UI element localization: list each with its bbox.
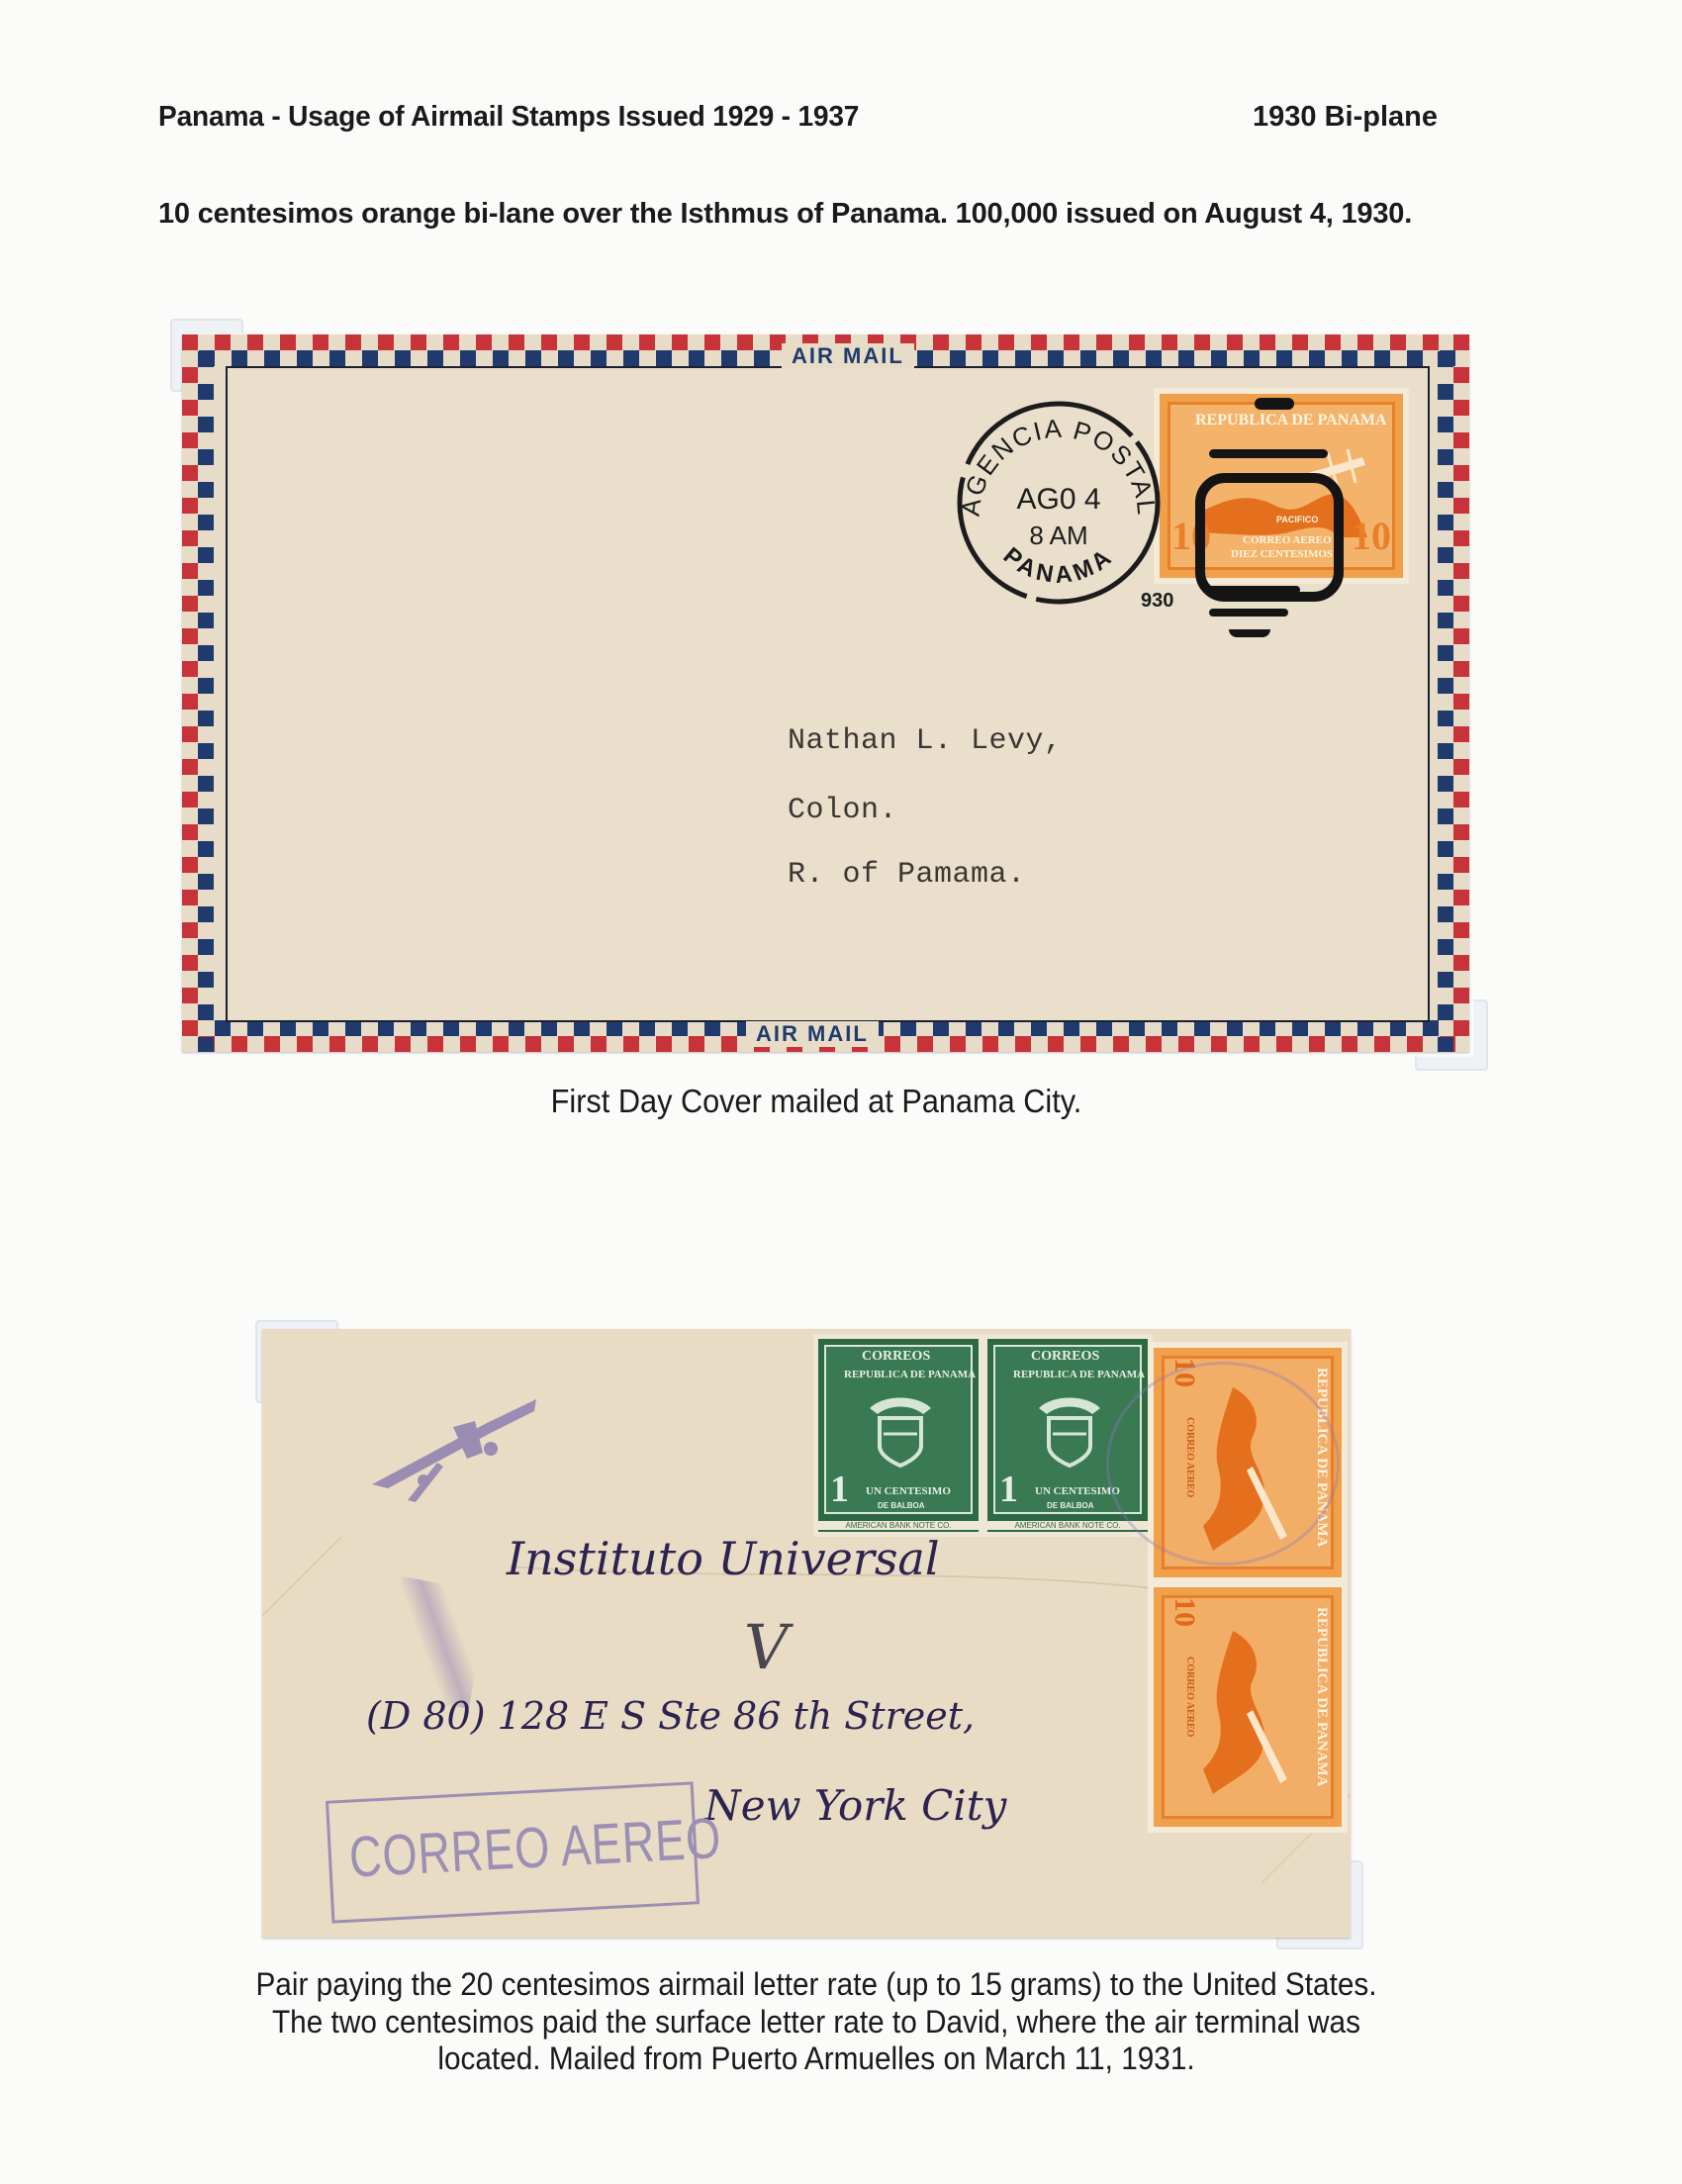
handwritten-address-line-1: Instituto Universal	[507, 1532, 940, 1585]
intro-text: 10 centesimos orange bi-lane over the Is…	[158, 191, 1445, 237]
stamp-header: REPUBLICA DE PANAMA	[1195, 412, 1386, 429]
airmail-border-right	[1438, 334, 1469, 1052]
caption-line-2: The two centesimos paid the surface lett…	[57, 2004, 1576, 2042]
cancel-bar	[1229, 629, 1270, 637]
address-line-2: Colon.	[788, 794, 897, 827]
stamp-label-correo: CORREO AEREO	[1184, 1657, 1195, 1737]
page-subtitle: 1930 Bi-plane	[1253, 101, 1438, 134]
stamp-printer: AMERICAN BANK NOTE CO.	[987, 1521, 1148, 1530]
stamp-country: REPUBLICA DE PANAMA	[844, 1369, 976, 1380]
coat-of-arms-icon	[1033, 1390, 1106, 1470]
caption-line-3: located. Mailed from Puerto Armuelles on…	[57, 2041, 1576, 2078]
cancel-bar	[1209, 449, 1328, 458]
stamp-printer: AMERICAN BANK NOTE CO.	[818, 1521, 979, 1530]
one-centesimo-stamp: CORREOS REPUBLICA DE PANAMA 1 UN CENTESI…	[818, 1339, 979, 1532]
isthmus-map-icon	[1193, 1621, 1302, 1799]
stamp-correos: CORREOS	[1031, 1349, 1099, 1365]
cover2-caption: Pair paying the 20 centesimos airmail le…	[57, 1966, 1576, 2078]
address-line-3: R. of Pamama.	[788, 858, 1026, 892]
stamp-value: 1	[830, 1468, 849, 1511]
cancel-bar	[1209, 609, 1288, 617]
stamp-correos: CORREOS	[862, 1349, 930, 1365]
stamp-country: REPUBLICA DE PANAMA	[1313, 1607, 1330, 1786]
page-title: Panama - Usage of Airmail Stamps Issued …	[158, 101, 859, 134]
handwritten-address-line-3: New York City	[704, 1781, 1006, 1830]
airmail-label-bottom: AIR MAIL	[746, 1021, 879, 1047]
stamp-sub: DE BALBOA	[1047, 1501, 1094, 1510]
postmark-year: 930	[1141, 590, 1173, 613]
stamp-value-right: 10	[1352, 513, 1391, 559]
cover1-caption: First Day Cover mailed at Panama City.	[57, 1083, 1576, 1120]
stamp-sub: DE BALBOA	[878, 1501, 925, 1510]
biplane-stamp-10c-vertical: 10 REPUBLICA DE PANAMA CORREO AEREO	[1154, 1587, 1342, 1827]
coat-of-arms-icon	[864, 1390, 937, 1470]
airmail-label-top: AIR MAIL	[782, 343, 914, 369]
airplane-cachet-icon	[368, 1393, 546, 1504]
address-line-1: Nathan L. Levy,	[788, 724, 1063, 758]
airmail-border-left	[182, 334, 214, 1052]
stamp-country: REPUBLICA DE PANAMA	[1013, 1369, 1145, 1380]
stamp-value-top: 10	[1168, 1597, 1201, 1627]
purple-cancel	[1106, 1362, 1340, 1566]
correo-aereo-handstamp: CORREO AEREO	[326, 1781, 700, 1923]
cancel-bar	[1205, 586, 1300, 594]
cancel-bar	[1195, 473, 1344, 602]
caption-line-1: Pair paying the 20 centesimos airmail le…	[57, 1966, 1576, 2004]
postmark-date: AG0 4	[1016, 483, 1100, 516]
stamp-denomination: UN CENTESIMO	[1035, 1485, 1120, 1497]
handwritten-address-line-2: (D 80) 128 E S Ste 86 th Street,	[366, 1694, 975, 1738]
biplane-stamp-10c: REPUBLICA DE PANAMA 10 10 PACIFICO CORRE…	[1160, 394, 1403, 578]
postmark-time: 8 AM	[1029, 521, 1087, 550]
cancel-bar	[1255, 398, 1294, 410]
agencia-postal-postmark: AGENCIA POSTAL PANAMA AG0 4 8 AM	[954, 398, 1164, 608]
stamp-denomination: UN CENTESIMO	[866, 1485, 951, 1497]
handstamp-text: CORREO AEREO	[347, 1805, 722, 1891]
stamp-value: 1	[999, 1468, 1018, 1511]
